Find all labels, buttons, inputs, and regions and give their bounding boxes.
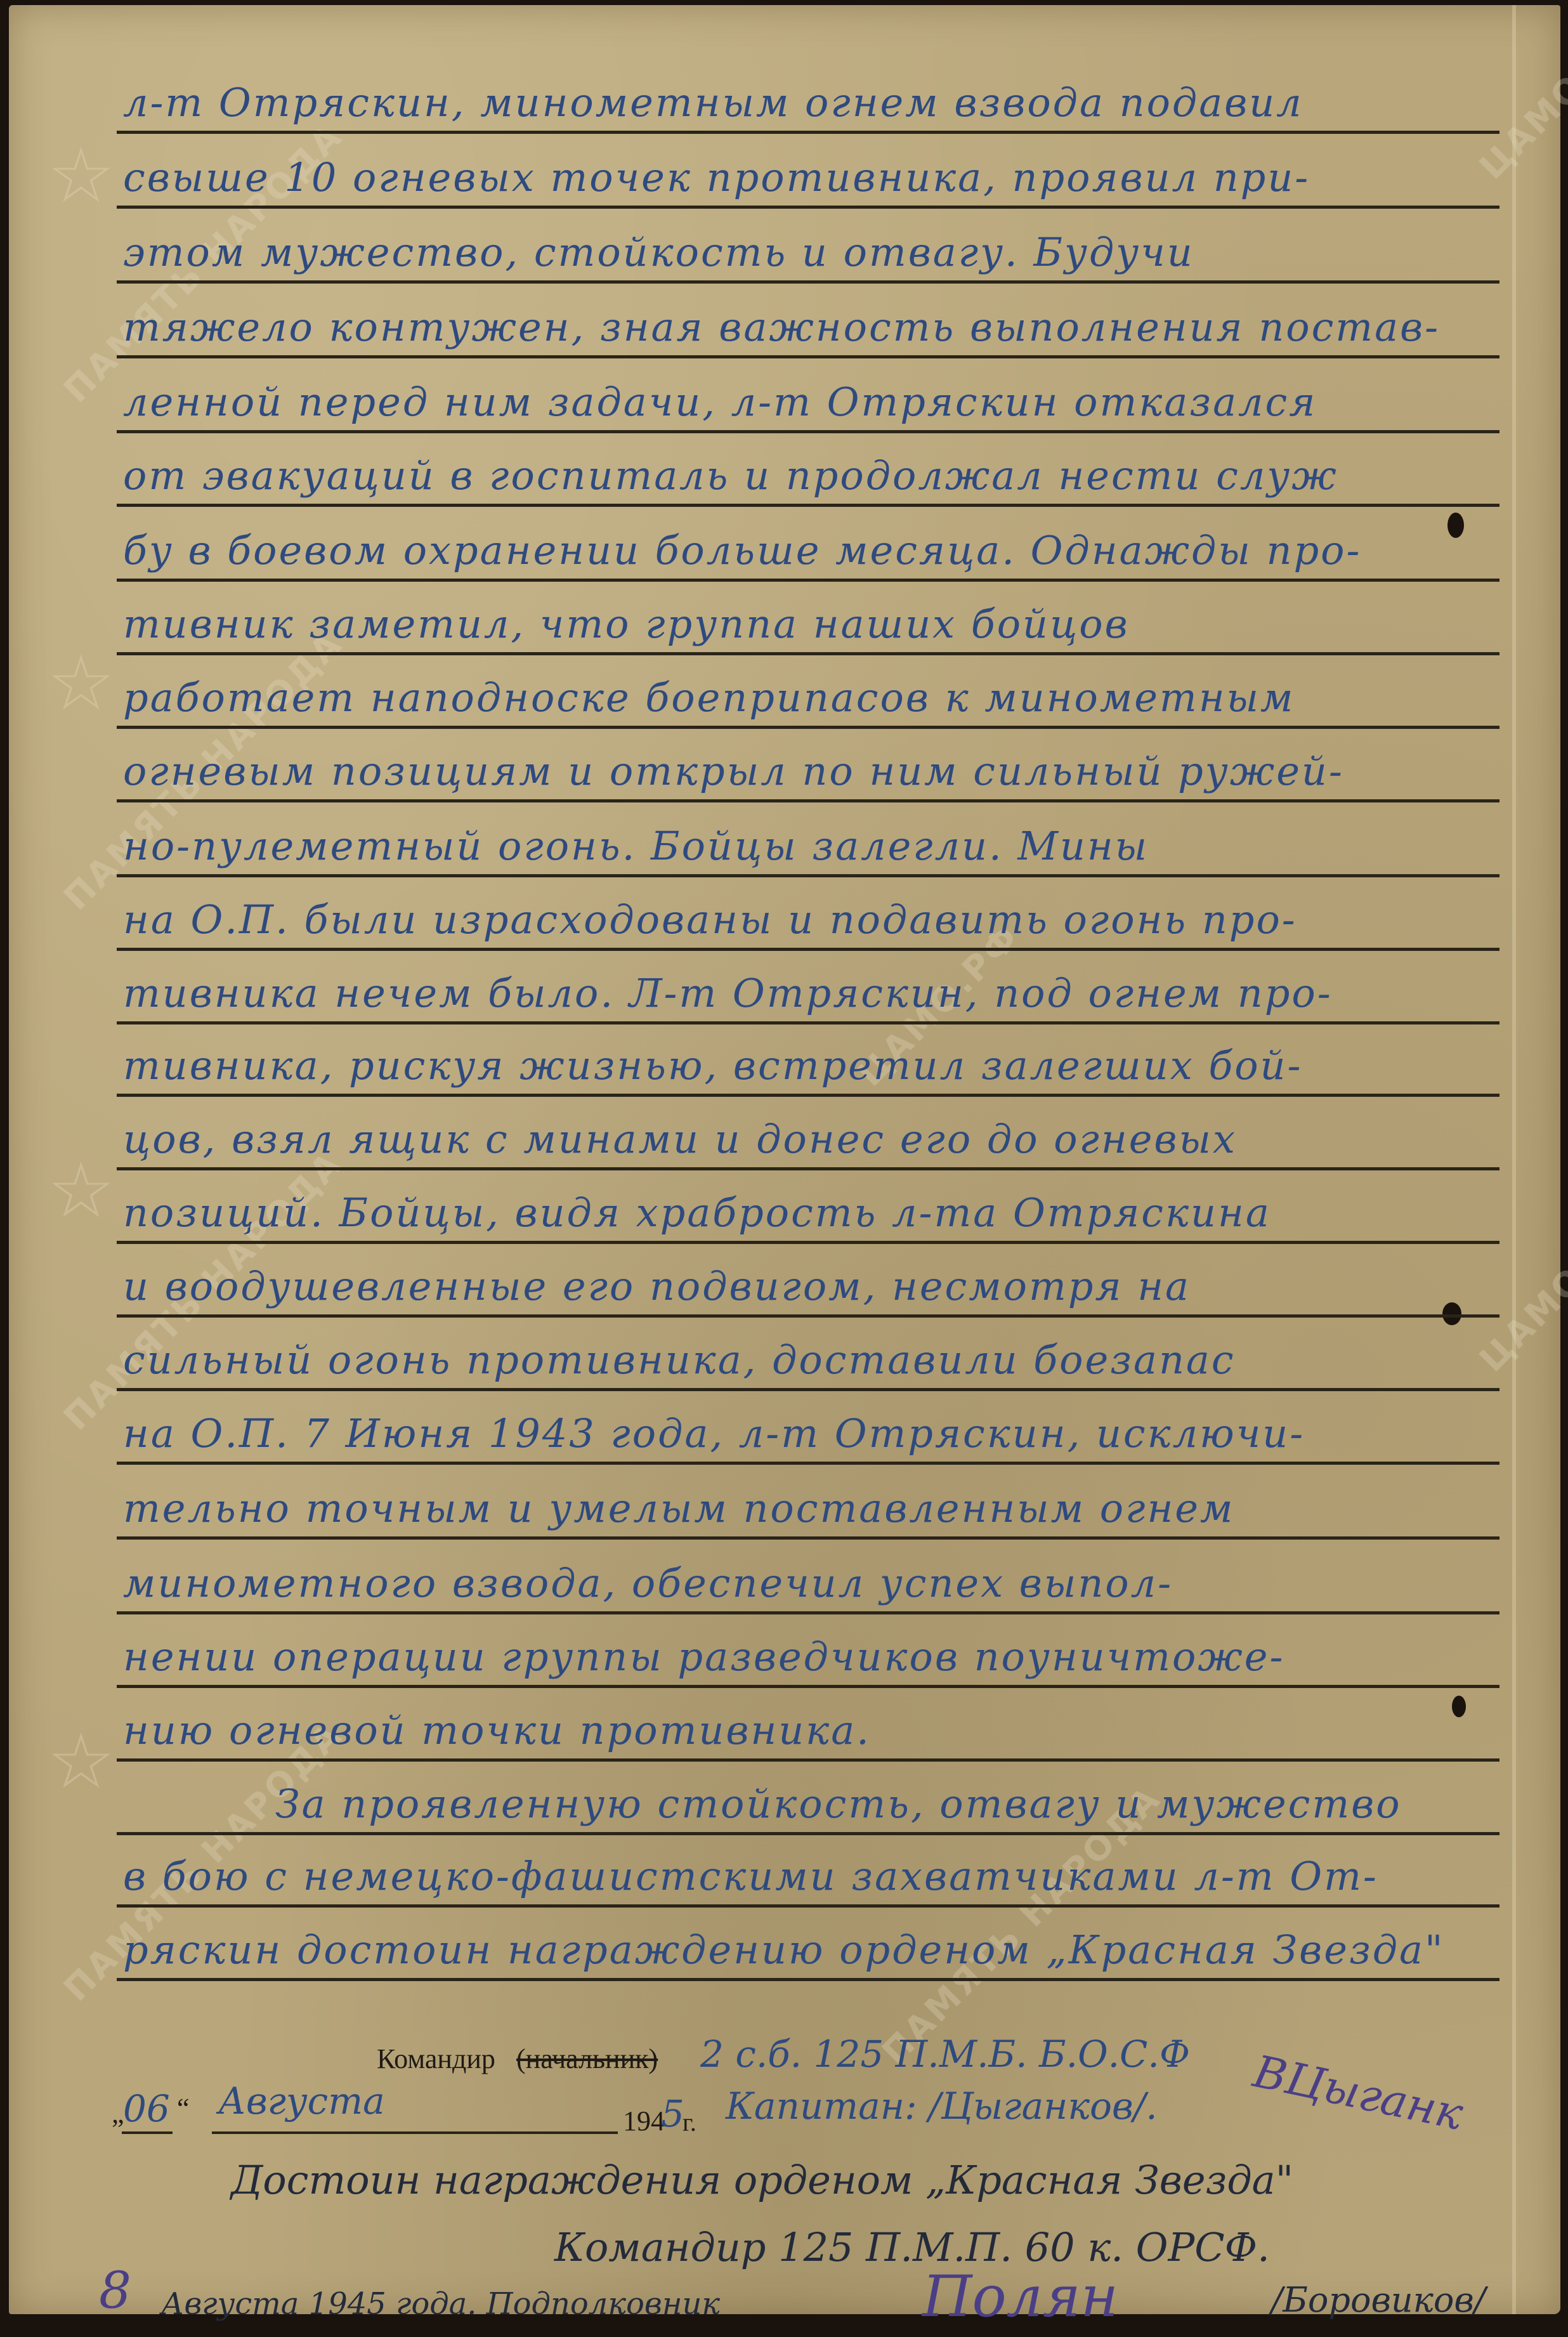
date-quote-open: „: [112, 2097, 124, 2130]
text-line: сильный огонь противника, доставили боез…: [117, 1341, 1499, 1391]
text-line: тельно точным и умелым поставленным огне…: [117, 1489, 1499, 1540]
text-line: За проявленную стойкость, отвагу и мужес…: [117, 1785, 1499, 1835]
text-line: свыше 10 огневых точек противника, прояв…: [117, 159, 1499, 209]
date-month: Августа: [218, 2079, 385, 2123]
text-line: нении операции группы разведчиков поунич…: [117, 1638, 1499, 1688]
resolution-signer: Командир 125 П.М.П. 60 к. ОРСФ.: [554, 2224, 1270, 2270]
star-icon: ☆: [47, 132, 115, 220]
date-year-hand: 5: [661, 2092, 684, 2135]
text-line: от эвакуаций в госпиталь и продолжал нес…: [117, 457, 1499, 507]
signature-commander: ВЦыганк: [1249, 2045, 1467, 2140]
text-line: и воодушевленные его подвигом, несмотря …: [117, 1267, 1499, 1318]
text-line: цов, взял ящик с минами и донес его до о…: [117, 1120, 1499, 1170]
unit-designation: 2 с.б. 125 П.М.Б. Б.О.С.Ф: [700, 2033, 1190, 2076]
paper-fold: [1512, 5, 1516, 2314]
date-quote-close: “: [177, 2092, 190, 2124]
text-line: но-пулеметный огонь. Бойцы залегли. Мины: [117, 827, 1499, 877]
date-month-underline: [212, 2131, 618, 2134]
signer-name: /Боровиков/: [1271, 2280, 1486, 2320]
rank-and-name: Капитан: /Цыганков/.: [726, 2085, 1158, 2128]
text-line: в бою с немецко-фашистскими захватчиками…: [117, 1857, 1499, 1908]
text-line: тивника нечем было. Л-т Отряскин, под ог…: [117, 974, 1499, 1024]
text-line: на О.П. были израсходованы и подавить ог…: [117, 901, 1499, 951]
text-line: л-т Отряскин, минометным огнем взвода по…: [117, 84, 1499, 134]
resolution-date-day: 8: [99, 2261, 131, 2320]
text-line: бу в боевом охранении больше месяца. Одн…: [117, 532, 1499, 582]
star-icon: ☆: [47, 639, 115, 728]
date-year-suffix: г.: [683, 2107, 696, 2137]
text-line: минометного взвода, обеспечил успех выпо…: [117, 1564, 1499, 1614]
signature-resolution: Полян: [922, 2263, 1118, 2330]
chief-label-struck: (начальник): [516, 2043, 658, 2075]
text-line: ряскин достоин награждению орденом „Крас…: [117, 1931, 1499, 1981]
text-line: ленной перед ним задачи, л-т Отряскин от…: [117, 383, 1499, 433]
text-line: тивника, рискуя жизнью, встретил залегши…: [117, 1047, 1499, 1097]
document-page: ☆ ПАМЯТЬ НАРОДА ☆ ПАМЯТЬ НАРОДА ☆ ПАМЯТЬ…: [9, 5, 1560, 2314]
date-year-printed: 194: [623, 2105, 665, 2137]
text-line: тивник заметил, что группа наших бойцов: [117, 605, 1499, 655]
text-line: позиций. Бойцы, видя храбрость л-та Отря…: [117, 1194, 1499, 1244]
star-icon: ☆: [47, 1718, 115, 1806]
text-line: на О.П. 7 Июня 1943 года, л-т Отряскин, …: [117, 1415, 1499, 1465]
commander-label: Командир: [377, 2043, 495, 2075]
text-line: работает наподноске боеприпасов к миноме…: [117, 679, 1499, 729]
resolution-text: Достоин награждения орденом „Красная Зве…: [231, 2157, 1293, 2203]
text-line: этом мужество, стойкость и отвагу. Будуч…: [117, 233, 1499, 284]
resolution-date-rest: Августа 1945 года. Подполковник: [161, 2286, 720, 2322]
star-icon: ☆: [47, 1147, 115, 1235]
text-line: тяжело контужен, зная важность выполнени…: [117, 308, 1499, 358]
date-day-underline: [122, 2131, 173, 2134]
text-line: огневым позициям и открыл по ним сильный…: [117, 752, 1499, 802]
text-line: нию огневой точки противника.: [117, 1712, 1499, 1762]
date-day: 06: [123, 2087, 170, 2130]
